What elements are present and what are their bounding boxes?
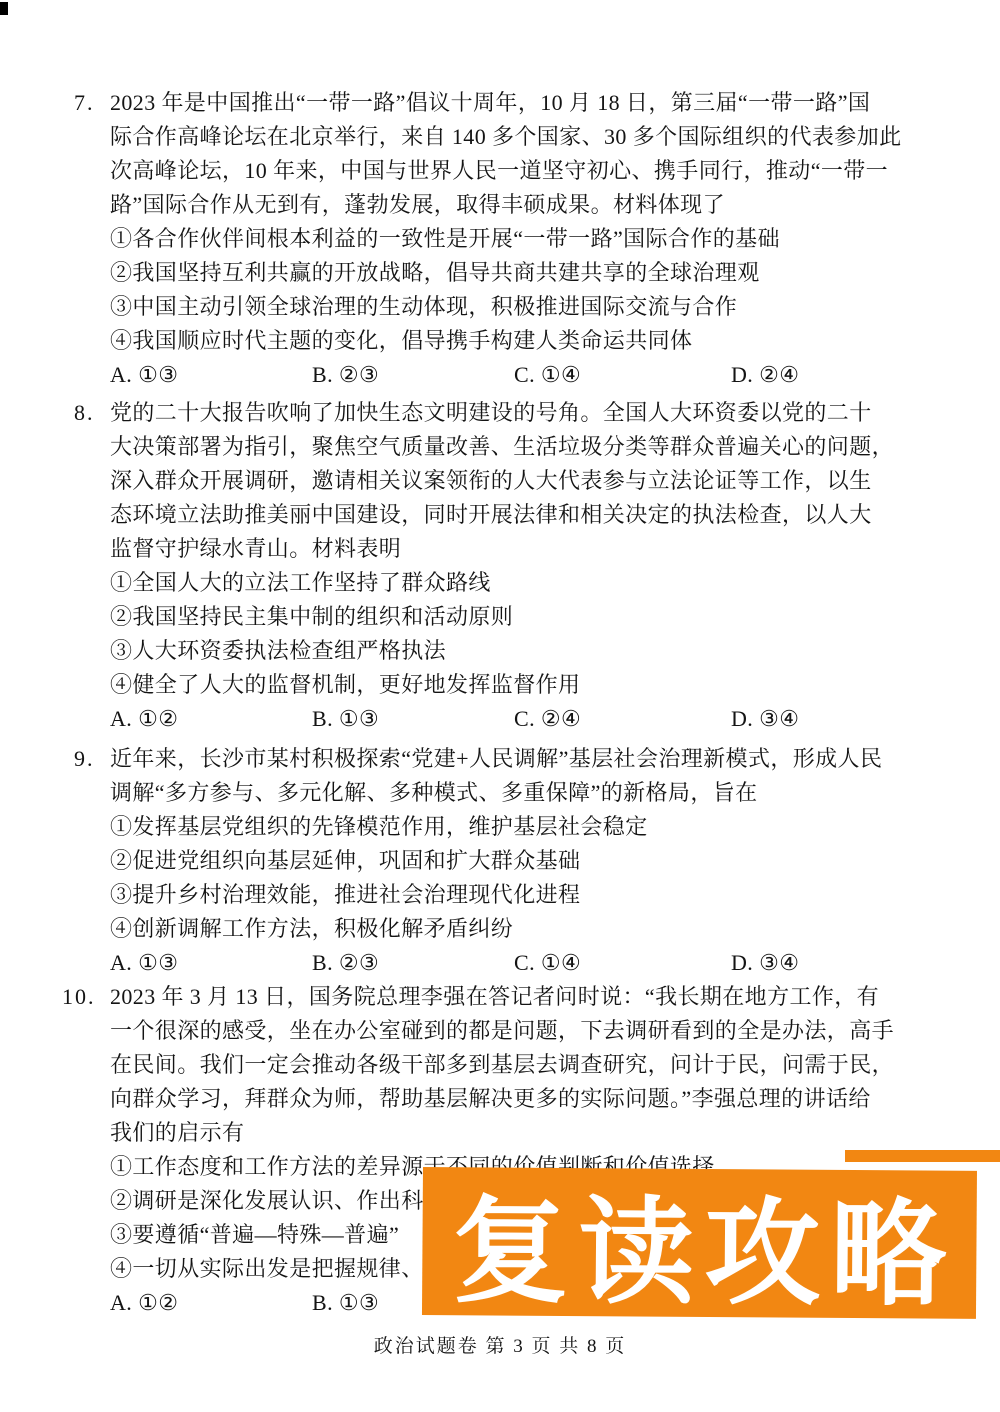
q9-statement-4: ④创新调解工作方法，积极化解矛盾纠纷: [110, 912, 970, 946]
question-7-number: 7.: [74, 86, 95, 120]
watermark-text: 复读攻略: [442, 1167, 957, 1319]
q8-statement-4: ④健全了人大的监督机制，更好地发挥监督作用: [110, 668, 970, 702]
q8-stem-line: 党的二十大报告吹响了加快生态文明建设的号角。全国人大环资委以党的二十: [110, 396, 970, 430]
q8-choices-row: A. ①② B. ①③ C. ②④ D. ③④: [110, 702, 970, 736]
q8-statement-1: ①全国人大的立法工作坚持了群众路线: [110, 566, 970, 600]
q7-statement-1: ①各合作伙伴间根本利益的一致性是开展“一带一路”国际合作的基础: [110, 222, 970, 256]
q7-statement-4: ④我国顺应时代主题的变化，倡导携手构建人类命运共同体: [110, 324, 970, 358]
q9-statement-3: ③提升乡村治理效能，推进社会治理现代化进程: [110, 878, 970, 912]
q9-stem-line: 近年来，长沙市某村积极探索“党建+人民调解”基层社会治理新模式，形成人民: [110, 742, 970, 776]
q8-choice-c: C. ②④: [514, 702, 581, 736]
q7-statement-3: ③中国主动引领全球治理的生动体现，积极推进国际交流与合作: [110, 290, 970, 324]
question-9: 9. 近年来，长沙市某村积极探索“党建+人民调解”基层社会治理新模式，形成人民 …: [110, 742, 970, 980]
q7-statement-2: ②我国坚持互利共赢的开放战略，倡导共商共建共享的全球治理观: [110, 256, 970, 290]
q8-choice-b: B. ①③: [312, 702, 379, 736]
question-7: 7. 2023 年是中国推出“一带一路”倡议十周年，10 月 18 日，第三届“…: [110, 86, 970, 392]
q8-statement-2: ②我国坚持民主集中制的组织和活动原则: [110, 600, 970, 634]
q9-choices-row: A. ①③ B. ②③ C. ①④ D. ③④: [110, 946, 970, 980]
q7-choice-c: C. ①④: [514, 358, 581, 392]
q7-stem-line: 路”国际合作从无到有，蓬勃发展，取得丰硕成果。材料体现了: [110, 188, 970, 222]
scan-artifact-mark: [0, 2, 8, 15]
page-footer: 政治试题卷 第 3 页 共 8 页: [0, 1331, 1000, 1358]
q7-stem-line: 际合作高峰论坛在北京举行，来自 140 多个国家、30 多个国际组织的代表参加此: [110, 120, 970, 154]
q8-statement-3: ③人大环资委执法检查组严格执法: [110, 634, 970, 668]
q9-choice-c: C. ①④: [514, 946, 581, 980]
q9-choice-b: B. ②③: [312, 946, 379, 980]
exam-page: 7. 2023 年是中国推出“一带一路”倡议十周年，10 月 18 日，第三届“…: [0, 0, 1000, 1412]
q7-stem-line: 次高峰论坛，10 年来，中国与世界人民一道坚守初心、携手同行，推动“一带一: [110, 154, 970, 188]
q10-stem-line: 一个很深的感受，坐在办公室碰到的都是问题，下去调研看到的全是办法，高手: [110, 1014, 970, 1048]
q10-stem-line: 在民间。我们一定会推动各级干部多到基层去调查研究，问计于民，问需于民，: [110, 1048, 970, 1082]
q9-choice-d: D. ③④: [731, 946, 799, 980]
question-8-number: 8.: [74, 396, 95, 430]
q9-statement-2: ②促进党组织向基层延伸，巩固和扩大群众基础: [110, 844, 970, 878]
q7-choice-d: D. ②④: [731, 358, 799, 392]
question-9-number: 9.: [74, 742, 95, 776]
q9-choice-a: A. ①③: [110, 946, 178, 980]
q9-statement-1: ①发挥基层党组织的先锋模范作用，维护基层社会稳定: [110, 810, 970, 844]
q10-stem-line: 向群众学习，拜群众为师，帮助基层解决更多的实际问题。”李强总理的讲话给: [110, 1082, 970, 1116]
q10-stem-line: 我们的启示有: [110, 1116, 970, 1150]
watermark-fragment: [845, 1150, 1000, 1162]
watermark-overlay: 复读攻略: [422, 1167, 977, 1319]
q7-stem-line: 2023 年是中国推出“一带一路”倡议十周年，10 月 18 日，第三届“一带一…: [110, 86, 970, 120]
q7-choice-a: A. ①③: [110, 358, 178, 392]
q8-stem-line: 深入群众开展调研，邀请相关议案领衔的人大代表参与立法论证等工作，以生: [110, 464, 970, 498]
q8-stem-line: 监督守护绿水青山。材料表明: [110, 532, 970, 566]
q8-choice-d: D. ③④: [731, 702, 799, 736]
q9-stem-line: 调解“多方参与、多元化解、多种模式、多重保障”的新格局，旨在: [110, 776, 970, 810]
q10-stem-line: 2023 年 3 月 13 日，国务院总理李强在答记者问时说：“我长期在地方工作…: [110, 980, 970, 1014]
q10-choice-b: B. ①③: [312, 1286, 379, 1320]
q8-choice-a: A. ①②: [110, 702, 178, 736]
q10-choice-a: A. ①②: [110, 1286, 178, 1320]
q8-stem-line: 态环境立法助推美丽中国建设，同时开展法律和相关决定的执法检查，以人大: [110, 498, 970, 532]
question-10-number: 10.: [62, 980, 96, 1014]
q7-choice-b: B. ②③: [312, 358, 379, 392]
question-8: 8. 党的二十大报告吹响了加快生态文明建设的号角。全国人大环资委以党的二十 大决…: [110, 396, 970, 736]
q8-stem-line: 大决策部署为指引，聚焦空气质量改善、生活垃圾分类等群众普遍关心的问题，: [110, 430, 970, 464]
q7-choices-row: A. ①③ B. ②③ C. ①④ D. ②④: [110, 358, 970, 392]
